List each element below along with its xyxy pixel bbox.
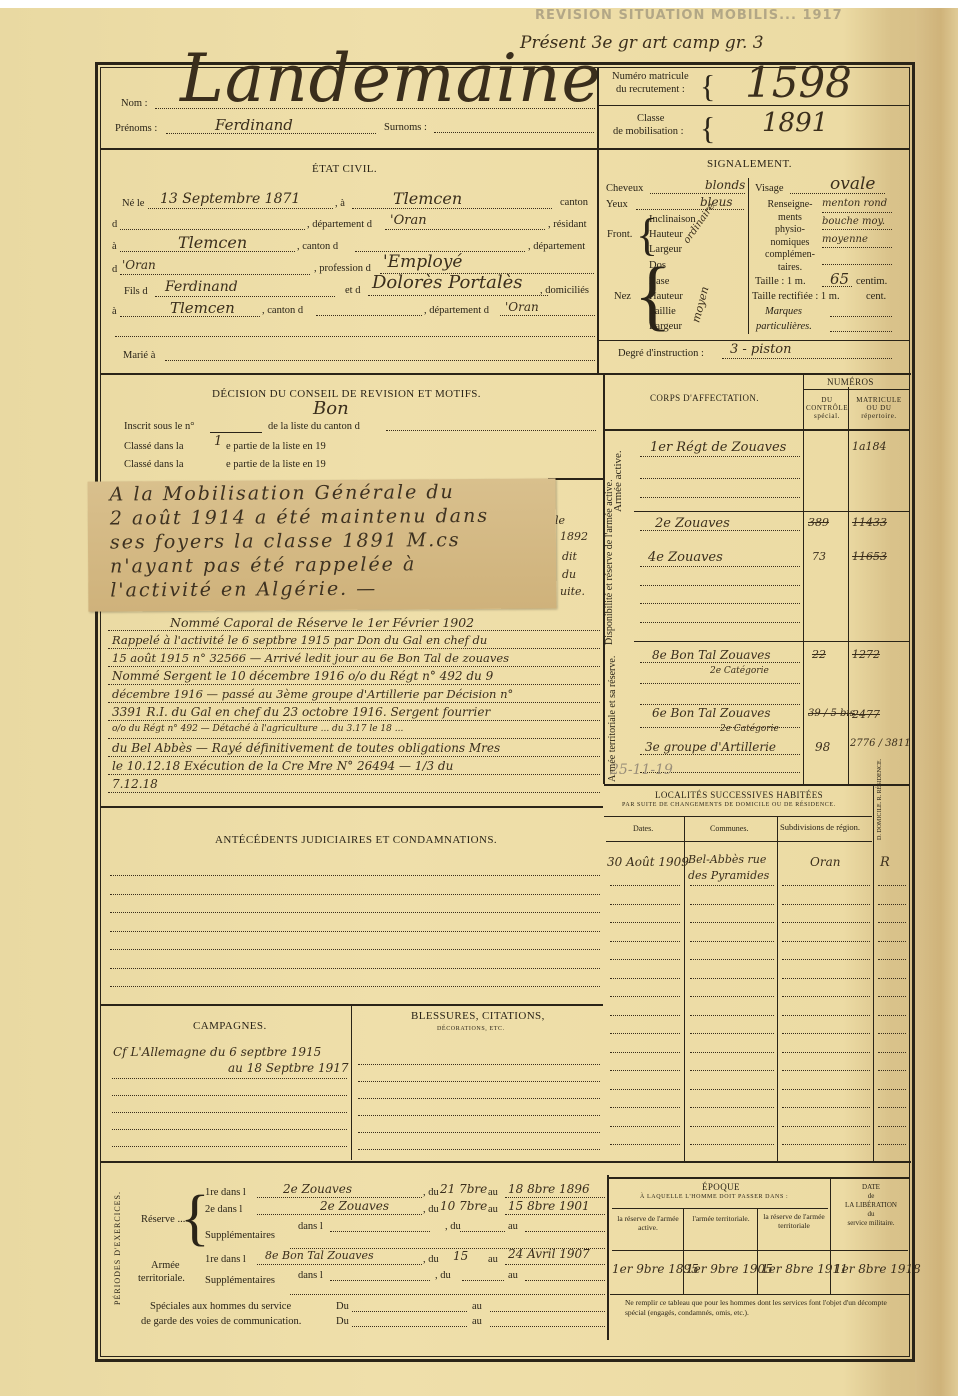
corps-row-controle: 73 — [812, 550, 826, 563]
t1-au: 24 Avril 1907 — [508, 1247, 590, 1261]
header-line: répertoire. — [861, 412, 897, 420]
au-label: au — [472, 1301, 482, 1312]
nom-value: Landemaine — [180, 40, 602, 117]
localites-title: LOCALITÉS SUCCESSIVES HABITÉES — [655, 790, 823, 800]
line — [505, 1264, 605, 1265]
lieu-naissance-value: Tlemcen — [393, 189, 462, 208]
ne-le-value: 13 Septembre 1871 — [160, 191, 300, 207]
corps-row-name: 6e Bon Tal Zouaves — [652, 706, 771, 720]
margin-fragment: dit — [562, 550, 577, 563]
col-matricule: MATRICULEOU DUrépertoire. — [850, 396, 908, 420]
epoque-territoriale: 1er 9bre 1905 — [686, 1262, 773, 1276]
line — [108, 756, 600, 757]
col-communes: Communes. — [710, 824, 748, 833]
divider — [351, 1005, 352, 1160]
ruled-line — [112, 1095, 347, 1096]
decision-verdict: Bon — [313, 398, 349, 419]
divider — [597, 67, 599, 375]
divider — [606, 841, 872, 842]
corps-row-matricule: 2776 / 3811 — [850, 738, 911, 749]
line — [257, 1197, 422, 1198]
divider — [610, 1294, 910, 1295]
ruled-line — [358, 1132, 600, 1133]
line — [462, 1280, 504, 1281]
ruled-line — [690, 959, 774, 960]
t1-du: 15 — [453, 1249, 468, 1263]
header-line: OU DU — [867, 404, 892, 412]
line — [108, 702, 600, 703]
r1-label: 1re dans l — [205, 1187, 246, 1198]
corps-row-controle: 22 — [812, 648, 826, 661]
col-subdivisions: Subdivisions de région. — [780, 822, 860, 832]
blessures-subtitle: DÉCORATIONS, ETC. — [437, 1026, 505, 1032]
epoque-footnote: Ne remplir ce tableau que pour les homme… — [625, 1298, 905, 1318]
localites-subtitle: PAR SUITE DE CHANGEMENTS DE DOMICILE OU … — [622, 802, 836, 808]
classe-2-rest: e partie de la liste en 19 — [226, 459, 326, 470]
ruled-line — [110, 968, 600, 969]
cheveux-label: Cheveux — [606, 183, 643, 194]
ruled-line — [690, 978, 774, 979]
nez-hauteur: Hauteur — [649, 291, 683, 302]
residence-value: Tlemcen — [178, 233, 247, 252]
line — [650, 193, 745, 194]
ruled-line — [690, 996, 774, 997]
col-reserve-active: la réserve de l'armée active. — [614, 1214, 682, 1232]
margin-fragment: du — [562, 568, 576, 581]
r1-du: 21 7bre — [440, 1182, 487, 1196]
epoque-subtitle: À LAQUELLE L'HOMME DOIT PASSER DANS : — [640, 1194, 788, 1200]
dans-label: dans l — [298, 1270, 323, 1281]
line — [505, 1197, 605, 1198]
liberation-title: DATE de LA LIBÉRATION du service militai… — [833, 1183, 909, 1228]
col-domicile: D. DOMICILE. R. RÉSIDENCE. — [877, 759, 883, 840]
divider — [101, 148, 597, 150]
ruled-line — [690, 1070, 774, 1071]
exercices-side-label: PÉRIODES D'EXERCICES. — [113, 1191, 122, 1305]
ruled-line — [878, 1107, 906, 1108]
ruled-line — [110, 986, 600, 987]
col-controle: DUCONTRÔLEspécial. — [806, 396, 848, 420]
revision-stamp: REVISION SITUATION MOBILIS... 1917 — [535, 8, 843, 23]
line — [640, 566, 800, 567]
ruled-line — [690, 1089, 774, 1090]
divider — [804, 389, 910, 390]
classe-1-rest: e partie de la liste en 19 — [226, 441, 326, 452]
mere-value: Dolorès Portalès — [372, 272, 523, 293]
lieu-line — [352, 208, 552, 209]
departement2-label: , département — [528, 241, 585, 252]
ruled-line — [690, 1126, 774, 1127]
t1-label: 1re dans l — [205, 1254, 246, 1265]
renseignements-label: Renseigne- ments physio- nomiques complé… — [760, 199, 820, 274]
ruled-line — [878, 904, 906, 905]
ruled-line — [112, 1078, 347, 1079]
line — [640, 585, 800, 586]
residant-label: , résidant — [548, 219, 587, 230]
corps-row-sub: 2e Catégorie — [720, 724, 779, 734]
a3-label: à — [112, 306, 117, 317]
service-line: 3391 R.I. du Gal en chef du 23 octobre 1… — [112, 705, 490, 719]
line — [640, 478, 800, 479]
taille-value: 65 — [830, 270, 849, 288]
classe-2-label: Classé dans la — [124, 459, 184, 470]
r2-label: 2e dans l — [205, 1204, 242, 1215]
marques-label-2: particulières. — [756, 321, 812, 332]
divider — [604, 784, 910, 786]
ruled-line — [112, 1129, 347, 1130]
divider — [848, 387, 849, 784]
line — [640, 704, 800, 705]
ruled-line — [358, 1098, 600, 1099]
ruled-line — [782, 1070, 870, 1071]
corps-row-name: 1er Régt de Zouaves — [650, 440, 786, 455]
front-hauteur: Hauteur — [649, 229, 683, 240]
title-line: du — [868, 1210, 875, 1218]
header-line: MATRICULE — [856, 396, 901, 404]
ruled-line — [878, 1089, 906, 1090]
corps-row-matricule: 1272 — [852, 648, 880, 661]
ruled-line — [878, 978, 906, 979]
supp-label: Supplémentaires — [205, 1275, 275, 1286]
renseignement-value: menton rond — [822, 198, 887, 209]
ruled-line — [610, 922, 680, 923]
canton3-label: , canton d — [262, 305, 303, 316]
nez-largeur: Largeur — [649, 321, 682, 332]
group-disponibilite: Disponibilité et réserve de l'armée acti… — [604, 479, 615, 645]
corps-row-controle: 39 / 5 bis — [808, 708, 855, 719]
ruled-line — [782, 1015, 870, 1016]
ruled-line — [690, 1033, 774, 1034]
corps-row-controle: 389 — [808, 516, 829, 529]
ruled-line — [782, 1126, 870, 1127]
margin-fragment: le — [555, 514, 565, 527]
line — [830, 331, 892, 332]
campagne-entry: au 18 Septbre 1917 — [228, 1061, 348, 1075]
ruled-line — [878, 1015, 906, 1016]
ruled-line — [358, 1064, 600, 1065]
line — [830, 316, 892, 317]
surnoms-line — [434, 132, 594, 133]
r2-corps: 2e Zouaves — [320, 1199, 389, 1213]
corps-row-sub: 2e Catégorie — [710, 666, 769, 676]
label-line: physio- — [775, 224, 805, 235]
divider — [873, 784, 874, 1162]
col-territoriale: l'armée territoriale. — [686, 1214, 756, 1223]
divider — [634, 641, 910, 642]
ruled-line — [610, 885, 680, 886]
line — [368, 295, 548, 296]
label-line: complémen- — [765, 249, 815, 260]
line — [525, 1231, 605, 1232]
note-line: A la Mobilisation Générale du — [110, 481, 455, 505]
nom-label: Nom : — [121, 98, 148, 109]
ruled-line — [610, 1015, 680, 1016]
ruled-line — [782, 941, 870, 942]
ruled-line — [782, 996, 870, 997]
ruled-line — [610, 959, 680, 960]
divider — [757, 1208, 758, 1294]
ruled-line — [610, 904, 680, 905]
ruled-line — [782, 904, 870, 905]
supp-label: Supplémentaires — [205, 1230, 275, 1241]
d2-label: d — [112, 264, 117, 275]
line — [822, 247, 892, 248]
matricule-label-2: du recrutement : — [616, 84, 685, 95]
ruled-line — [110, 949, 600, 950]
divider — [598, 340, 910, 341]
etat-civil-title: ÉTAT CIVIL. — [312, 163, 377, 175]
line — [822, 264, 892, 265]
ruled-line — [878, 1052, 906, 1053]
signalement-title: SIGNALEMENT. — [707, 158, 792, 170]
line — [316, 315, 422, 316]
r2-du: 10 7bre — [440, 1199, 487, 1213]
du-label: Du — [336, 1301, 349, 1312]
line — [108, 774, 600, 775]
pasted-note: A la Mobilisation Générale du 2 août 191… — [88, 478, 557, 611]
numeros-label: NUMÉROS — [827, 377, 874, 387]
classe-1-value: 1 — [214, 434, 222, 449]
canton-label: canton — [560, 197, 588, 208]
a2-label: à — [112, 241, 117, 252]
classe-label-2: de mobilisation : — [613, 126, 684, 137]
marques-label: Marques — [765, 306, 802, 317]
liste-canton-label: de la liste du canton d — [268, 421, 360, 432]
ruled-line — [358, 1115, 600, 1116]
renseignement-value: moyenne — [822, 234, 868, 245]
localite-subdivision: Oran — [810, 855, 840, 869]
ruled-line — [690, 904, 774, 905]
divider — [608, 1177, 910, 1179]
divider — [830, 1177, 831, 1294]
header-line: DU — [821, 396, 832, 404]
marie-label: Marié à — [123, 350, 155, 361]
title-line: service militaire. — [847, 1219, 894, 1227]
ruled-line — [782, 1144, 870, 1145]
note-line: l'activité en Algérie. — — [110, 578, 377, 602]
blessures-title: BLESSURES, CITATIONS, — [411, 1010, 545, 1022]
visage-label: Visage — [755, 183, 784, 194]
campagnes-title: CAMPAGNES. — [193, 1020, 267, 1032]
line — [257, 1264, 422, 1265]
label-line: taires. — [778, 262, 802, 273]
service-line: o/o du Régt n° 492 — Détaché à l'agricul… — [112, 724, 403, 734]
nez-label: Nez — [614, 291, 631, 302]
taille-unit: centim. — [856, 276, 887, 287]
divider — [748, 178, 749, 334]
ruled-line — [610, 996, 680, 997]
ruled-line — [782, 959, 870, 960]
note-line: n'ayant pas été rappelée à — [110, 553, 416, 577]
territoriale-label: Armée — [151, 1260, 180, 1271]
line — [640, 622, 800, 623]
pere-value: Ferdinand — [165, 279, 238, 295]
line — [640, 456, 800, 457]
au-label: au — [488, 1187, 498, 1198]
du-label: , du — [423, 1187, 439, 1198]
ruled-line — [878, 1144, 906, 1145]
ruled-line — [878, 1070, 906, 1071]
line — [525, 1280, 605, 1281]
page-edge — [915, 8, 958, 1396]
corps-date-note: 25-11-19 — [610, 762, 673, 778]
a-label: , à — [335, 198, 345, 209]
profession-label: , profession d — [314, 263, 371, 274]
corps-row-name: 4e Zouaves — [648, 550, 723, 565]
line — [505, 1214, 605, 1215]
front-inclinaison: Inclinaison — [649, 214, 696, 225]
brace: { — [700, 68, 715, 105]
et-de-label: et d — [345, 285, 360, 296]
header-line: spécial. — [814, 412, 840, 420]
ruled-line — [782, 1107, 870, 1108]
ruled-line — [690, 1107, 774, 1108]
line — [640, 683, 800, 684]
ruled-line — [112, 1146, 347, 1147]
au-label: au — [472, 1316, 482, 1327]
margin-fragment: uite. — [560, 585, 585, 598]
line — [385, 229, 545, 230]
taille-label: Taille : 1 m. — [755, 276, 806, 287]
ruled-line — [690, 885, 774, 886]
departement3-label: , département d — [424, 305, 489, 316]
line — [640, 603, 800, 604]
du-label: , du — [423, 1254, 439, 1265]
nez-dos: Dos — [649, 260, 666, 271]
ruled-line — [110, 875, 600, 876]
ruled-line — [610, 941, 680, 942]
col-reserve-territoriale: la réserve de l'armée territoriale — [759, 1212, 829, 1230]
du-label: , du — [435, 1270, 451, 1281]
line — [115, 336, 595, 337]
visage-value: ovale — [830, 174, 875, 194]
divider — [607, 1175, 609, 1340]
d-label: d — [112, 219, 117, 230]
matricule-label: Numéro matricule — [612, 71, 689, 82]
line — [108, 684, 600, 685]
r2-au: 15 8bre 1901 — [508, 1199, 590, 1213]
campagne-entry: Cf L'Allemagne du 6 septbre 1915 — [113, 1045, 321, 1059]
ruled-line — [782, 1089, 870, 1090]
line — [155, 296, 335, 297]
brace: { — [700, 110, 715, 147]
inscrit-label: Inscrit sous le n° — [124, 421, 194, 432]
t1-corps: 8e Bon Tal Zouaves — [265, 1249, 374, 1262]
ne-le-line — [148, 208, 333, 209]
service-line: Nommé Sergent le 10 décembre 1916 o/o du… — [112, 669, 493, 683]
ruled-line — [782, 978, 870, 979]
ruled-line — [782, 1033, 870, 1034]
ruled-line — [690, 1144, 774, 1145]
departement2-value: 'Oran — [122, 258, 156, 272]
line — [108, 666, 600, 667]
divider — [101, 1161, 911, 1163]
ruled-line — [690, 1015, 774, 1016]
line — [460, 1231, 505, 1232]
nez-saillie: Saillie — [649, 306, 676, 317]
r1-corps: 2e Zouaves — [283, 1182, 352, 1196]
ruled-line — [610, 978, 680, 979]
speciales-label-2: de garde des voies de communication. — [141, 1316, 301, 1327]
corps-row-matricule: 2477 — [852, 708, 880, 721]
nez-base: Base — [649, 276, 669, 287]
ruled-line — [112, 1112, 347, 1113]
departement-value: 'Oran — [390, 213, 427, 228]
line — [352, 1311, 467, 1312]
note-line: ses foyers la classe 1891 M.cs — [110, 529, 461, 553]
ruled-line — [610, 1089, 680, 1090]
line — [330, 1280, 430, 1281]
line — [108, 720, 600, 721]
corps-title: CORPS D'AFFECTATION. — [650, 393, 759, 403]
canton-d-label: , canton d — [297, 241, 338, 252]
service-line: décembre 1916 — passé au 3ème groupe d'A… — [112, 687, 513, 701]
line — [822, 229, 892, 230]
label-line: nomiques — [771, 237, 810, 248]
au-label: au — [488, 1204, 498, 1215]
reserve-label: Réserve ... — [141, 1214, 185, 1225]
antecedents-title: ANTÉCÉDENTS JUDICIAIRES ET CONDAMNATIONS… — [215, 834, 497, 846]
service-line: Nommé Caporal de Réserve le 1er Février … — [170, 615, 474, 630]
au-label: au — [488, 1254, 498, 1265]
ruled-line — [782, 922, 870, 923]
divider — [612, 1250, 908, 1251]
ruled-line — [878, 922, 906, 923]
divider — [101, 373, 911, 375]
divider — [604, 429, 910, 431]
corps-row-controle: 98 — [815, 740, 830, 754]
ne-le-label: Né le — [122, 198, 144, 209]
divider — [634, 511, 910, 512]
line — [640, 662, 800, 663]
service-line: le 10.12.18 Exécution de la Cre Mre N° 2… — [112, 759, 453, 773]
dans-label: dans l — [298, 1221, 323, 1232]
line — [490, 1326, 605, 1327]
line — [108, 738, 600, 739]
classe-1-label: Classé dans la — [124, 441, 184, 452]
divider — [604, 816, 872, 817]
divider — [612, 1208, 828, 1209]
domicile-parents-value: Tlemcen — [170, 299, 235, 317]
ruled-line — [110, 894, 600, 895]
speciales-label: Spéciales aux hommes du service — [150, 1301, 291, 1312]
line — [822, 212, 892, 213]
line — [330, 1231, 430, 1232]
divider — [683, 1208, 684, 1294]
divider — [548, 478, 603, 480]
title-line: LA LIBÉRATION — [845, 1201, 897, 1209]
divider — [598, 105, 910, 106]
yeux-label: Yeux — [606, 199, 628, 210]
classe-value: 1891 — [762, 108, 828, 138]
prenoms-label: Prénoms : — [115, 123, 157, 134]
corps-row-matricule: 11653 — [852, 550, 887, 563]
line — [640, 497, 800, 498]
taille-rectifiee-unit: cent. — [866, 291, 886, 302]
departement-label: , département d — [307, 219, 372, 230]
corps-row-name: 8e Bon Tal Zouaves — [652, 648, 771, 662]
line — [500, 315, 595, 316]
au-label: au — [508, 1270, 518, 1281]
ruled-line — [610, 1052, 680, 1053]
service-line: 15 août 1915 n° 32566 — Arrivé ledit jou… — [112, 651, 509, 665]
line — [722, 358, 892, 359]
territoriale-label-2: territoriale. — [138, 1273, 185, 1284]
line — [108, 630, 600, 631]
ruled-line — [610, 1144, 680, 1145]
ruled-line — [358, 1149, 600, 1150]
ruled-line — [690, 1052, 774, 1053]
